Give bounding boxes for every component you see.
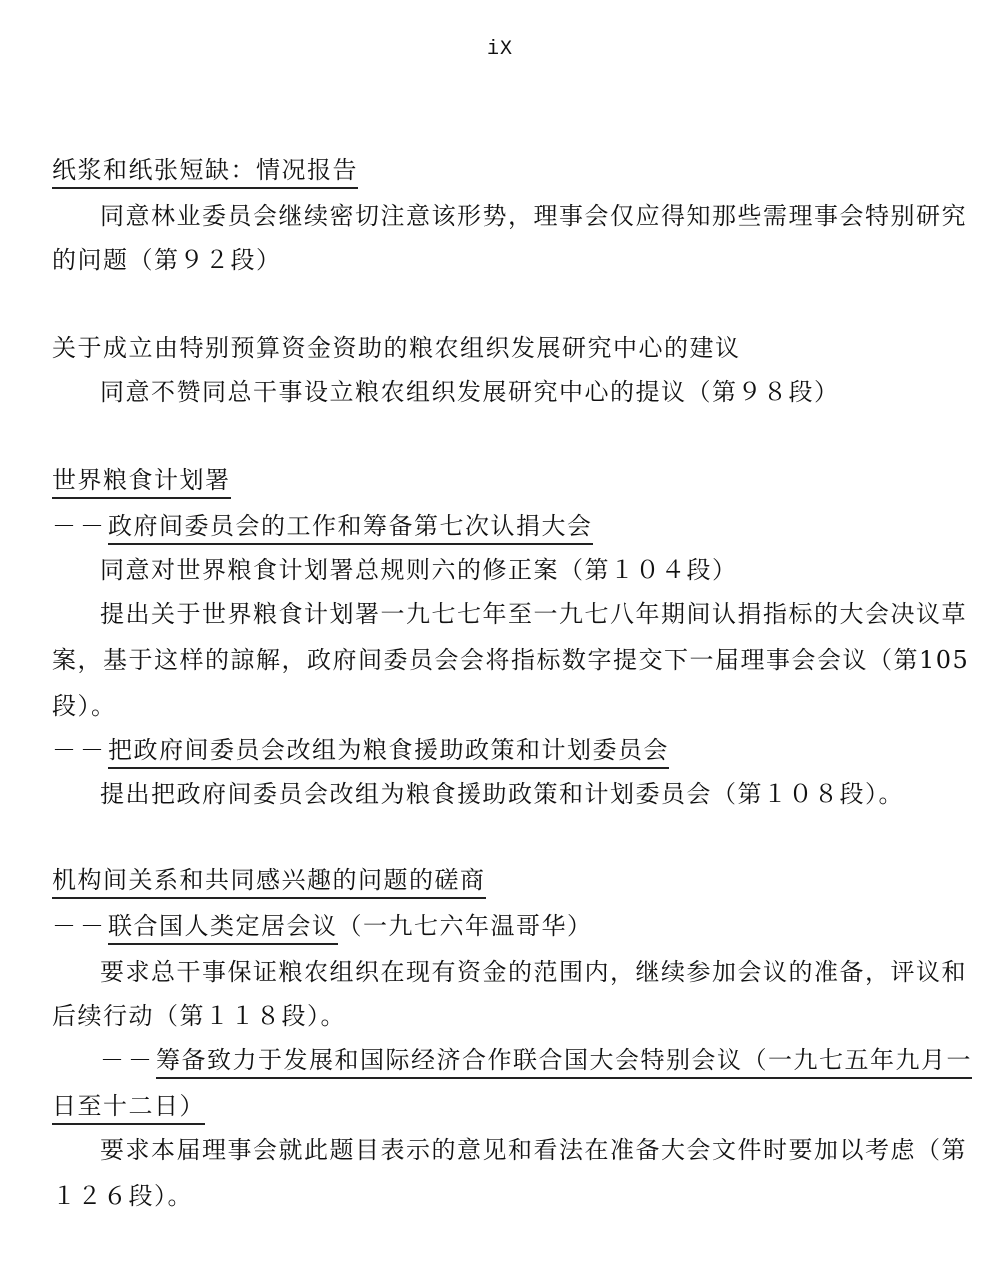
- subsection-heading: －－联合国人类定居会议（一九七六年温哥华）: [52, 910, 593, 942]
- paragraph-line: 的问题（第９２段）: [52, 244, 282, 276]
- subsection-heading: －－把政府间委员会改组为粮食援助政策和计划委员会: [52, 734, 669, 766]
- paragraph-line: 同意对世界粮食计划署总规则六的修正案（第１０４段）: [100, 554, 738, 586]
- heading-text: 纸浆和纸张短缺：情况报告: [52, 156, 358, 189]
- subsection-heading-continued: 日至十二日）: [52, 1090, 205, 1122]
- section-heading: 机构间关系和共同感兴趣的问题的磋商: [52, 864, 486, 896]
- section-heading: 世界粮食计划署: [52, 464, 231, 496]
- dash-prefix: －－: [52, 736, 108, 764]
- paragraph-line: 要求本届理事会就此题目表示的意见和看法在准备大会文件时要加以考虑（第: [100, 1134, 967, 1166]
- section-heading: 关于成立由特别预算资金资助的粮农组织发展研究中心的建议: [52, 332, 741, 364]
- dash-prefix: －－: [52, 912, 108, 940]
- paragraph-line: 段）。: [52, 690, 117, 722]
- paragraph-line: 后续行动（第１１８段）。: [52, 1000, 346, 1032]
- paragraph-line: 提出把政府间委员会改组为粮食援助政策和计划委员会（第１０８段）。: [100, 778, 904, 810]
- section-heading: 纸浆和纸张短缺：情况报告: [52, 154, 358, 186]
- paragraph-line: 要求总干事保证粮农组织在现有资金的范围内，继续参加会议的准备，评议和: [100, 956, 967, 988]
- dash-prefix: －－: [100, 1046, 156, 1074]
- subsection-title: 联合国人类定居会议: [108, 912, 338, 945]
- paragraph-line: １２６段）。: [52, 1180, 193, 1212]
- subsection-heading: －－政府间委员会的工作和筹备第七次认捐大会: [52, 510, 593, 542]
- paragraph-line: 提出关于世界粮食计划署一九七七年至一九七八年期间认捐指标的大会决议草: [100, 598, 967, 630]
- dash-prefix: －－: [52, 512, 108, 540]
- heading-text: 机构间关系和共同感兴趣的问题的磋商: [52, 866, 486, 899]
- subsection-title: 把政府间委员会改组为粮食援助政策和计划委员会: [108, 736, 669, 769]
- subsection-title-suffix: （一九七六年温哥华）: [338, 912, 593, 940]
- subsection-heading: －－筹备致力于发展和国际经济合作联合国大会特别会议（一九七五年九月一: [100, 1044, 972, 1076]
- paragraph-line: 同意林业委员会继续密切注意该形势，理事会仅应得知那些需理事会特别研究: [100, 200, 967, 232]
- subsection-title: 筹备致力于发展和国际经济合作联合国大会特别会议（一九七五年九月一: [156, 1046, 972, 1079]
- subsection-title: 政府间委员会的工作和筹备第七次认捐大会: [108, 512, 593, 545]
- paragraph-line: 同意不赞同总干事设立粮农组织发展研究中心的提议（第９８段）: [100, 376, 840, 408]
- paragraph-line: 案，基于这样的諒解，政府间委员会会将指标数字提交下一届理事会会议（第105: [52, 644, 969, 676]
- subsection-title: 日至十二日）: [52, 1092, 205, 1125]
- page-number: iX: [0, 38, 1000, 61]
- heading-text: 世界粮食计划署: [52, 466, 231, 499]
